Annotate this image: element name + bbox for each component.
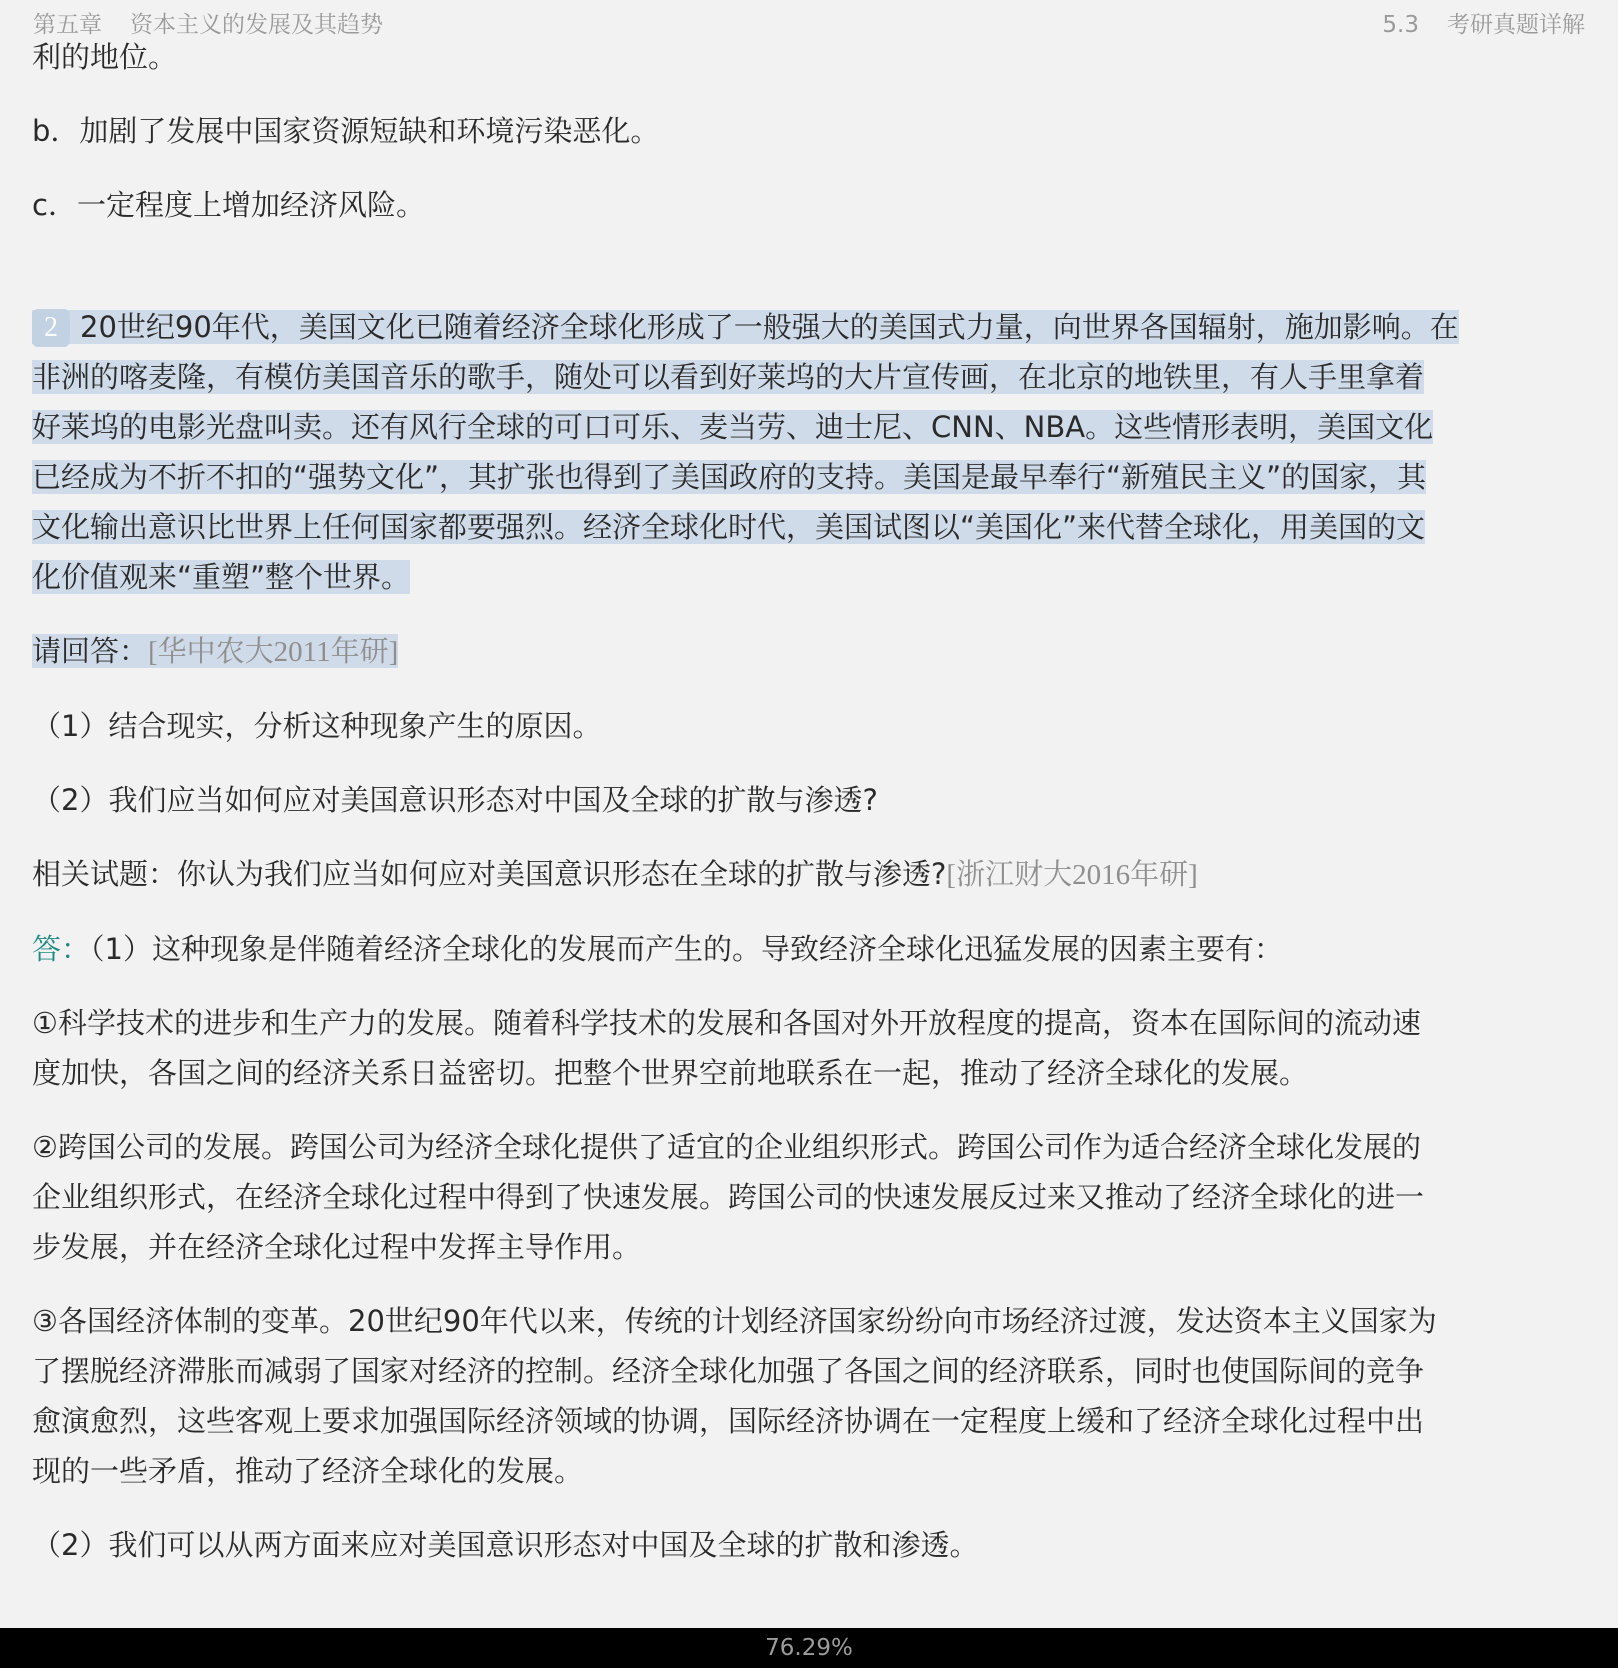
list-item-c: c．一定程度上增加经济风险。 [32, 180, 1588, 230]
answer-point-1: ①科学技术的进步和生产力的发展。随着科学技术的发展和各国对外开放程度的提高，资本… [32, 998, 1588, 1098]
question-line-4: 已经成为不折不扣的“强势文化”，其扩张也得到了美国政府的支持。美国是最早奉行“新… [32, 460, 1426, 494]
sub-question-1: （1）结合现实，分析这种现象产生的原因。 [32, 701, 1588, 751]
question-line-2: 非洲的喀麦隆，有模仿美国音乐的歌手，随处可以看到好莱坞的大片宣传画，在北京的地铁… [32, 360, 1424, 394]
question-line-5: 文化输出意识比世界上任何国家都要强烈。经济全球化时代，美国试图以“美国化”来代替… [32, 510, 1425, 544]
reading-progress-percent: 76.29% [765, 1635, 853, 1661]
question-block: 220世纪90年代，美国文化已随着经济全球化形成了一般强大的美国式力量，向世界各… [32, 302, 1588, 900]
list-item-c-text: c．一定程度上增加经济风险。 [32, 188, 425, 222]
answer-point-3-line-3: 愈演愈烈，这些客观上要求加强国际经济领域的协调，国际经济协调在一定程度上缓和了经… [32, 1396, 1588, 1446]
list-item-b: b．加剧了发展中国家资源短缺和环境污染恶化。 [32, 106, 1588, 156]
question-stem-selection[interactable]: 220世纪90年代，美国文化已随着经济全球化形成了一般强大的美国式力量，向世界各… [32, 302, 1588, 602]
answer-label: 答： [32, 932, 90, 966]
question-line-1: 20世纪90年代，美国文化已随着经济全球化形成了一般强大的美国式力量，向世界各国… [80, 310, 1459, 344]
related-question-text: 相关试题：你认为我们应当如何应对美国意识形态在全球的扩散与渗透? [32, 857, 946, 891]
answer-point-2: ②跨国公司的发展。跨国公司为经济全球化提供了适宜的企业组织形式。跨国公司作为适合… [32, 1122, 1588, 1272]
prompt-source: [华中农大2011年研] [148, 636, 398, 668]
prompt-label: 请回答： [32, 634, 148, 668]
related-question-source: [浙江财大2016年研] [946, 859, 1197, 891]
question-line-3: 好莱坞的电影光盘叫卖。还有风行全球的可口可乐、麦当劳、迪士尼、CNN、NBA。这… [32, 410, 1433, 444]
related-question: 相关试题：你认为我们应当如何应对美国意识形态在全球的扩散与渗透?[浙江财大201… [32, 849, 1588, 900]
answer-part-2-intro: （2）我们可以从两方面来应对美国意识形态对中国及全球的扩散和渗透。 [32, 1520, 1588, 1570]
reading-progress-bar: 76.29% [0, 1628, 1618, 1668]
answer-point-2-line-1: ②跨国公司的发展。跨国公司为经济全球化提供了适宜的企业组织形式。跨国公司作为适合… [32, 1122, 1588, 1172]
list-item-b-text: b．加剧了发展中国家资源短缺和环境污染恶化。 [32, 114, 659, 148]
question-number-badge: 2 [32, 309, 70, 347]
answer-point-1-line-2: 度加快，各国之间的经济关系日益密切。把整个世界空前地联系在一起，推动了经济全球化… [32, 1048, 1588, 1098]
reader-page-content[interactable]: 利的地位。 b．加剧了发展中国家资源短缺和环境污染恶化。 c．一定程度上增加经济… [32, 32, 1588, 1570]
answer-point-2-line-2: 企业组织形式，在经济全球化过程中得到了快速发展。跨国公司的快速发展反过来又推动了… [32, 1172, 1588, 1222]
answer-point-2-line-3: 步发展，并在经济全球化过程中发挥主导作用。 [32, 1222, 1588, 1272]
answer-point-1-line-1: ①科学技术的进步和生产力的发展。随着科学技术的发展和各国对外开放程度的提高，资本… [32, 998, 1588, 1048]
answer-point-3-line-4: 现的一些矛盾，推动了经济全球化的发展。 [32, 1446, 1588, 1496]
answer-intro-text: （1）这种现象是伴随着经济全球化的发展而产生的。导致经济全球化迅猛发展的因素主要… [90, 932, 1283, 966]
question-prompt: 请回答：[华中农大2011年研] [32, 626, 1588, 677]
answer-point-3-line-2: 了摆脱经济滞胀而减弱了国家对经济的控制。经济全球化加强了各国之间的经济联系，同时… [32, 1346, 1588, 1396]
sub-question-2: （2）我们应当如何应对美国意识形态对中国及全球的扩散与渗透? [32, 775, 1588, 825]
paragraph-carryover: 利的地位。 [32, 32, 1588, 82]
question-line-6: 化价值观来“重塑”整个世界。 [32, 560, 410, 594]
answer-intro: 答：（1）这种现象是伴随着经济全球化的发展而产生的。导致经济全球化迅猛发展的因素… [32, 924, 1588, 974]
answer-point-3: ③各国经济体制的变革。20世纪90年代以来，传统的计划经济国家纷纷向市场经济过渡… [32, 1296, 1588, 1496]
answer-point-3-line-1: ③各国经济体制的变革。20世纪90年代以来，传统的计划经济国家纷纷向市场经济过渡… [32, 1296, 1588, 1346]
answer-block: 答：（1）这种现象是伴随着经济全球化的发展而产生的。导致经济全球化迅猛发展的因素… [32, 924, 1588, 1570]
